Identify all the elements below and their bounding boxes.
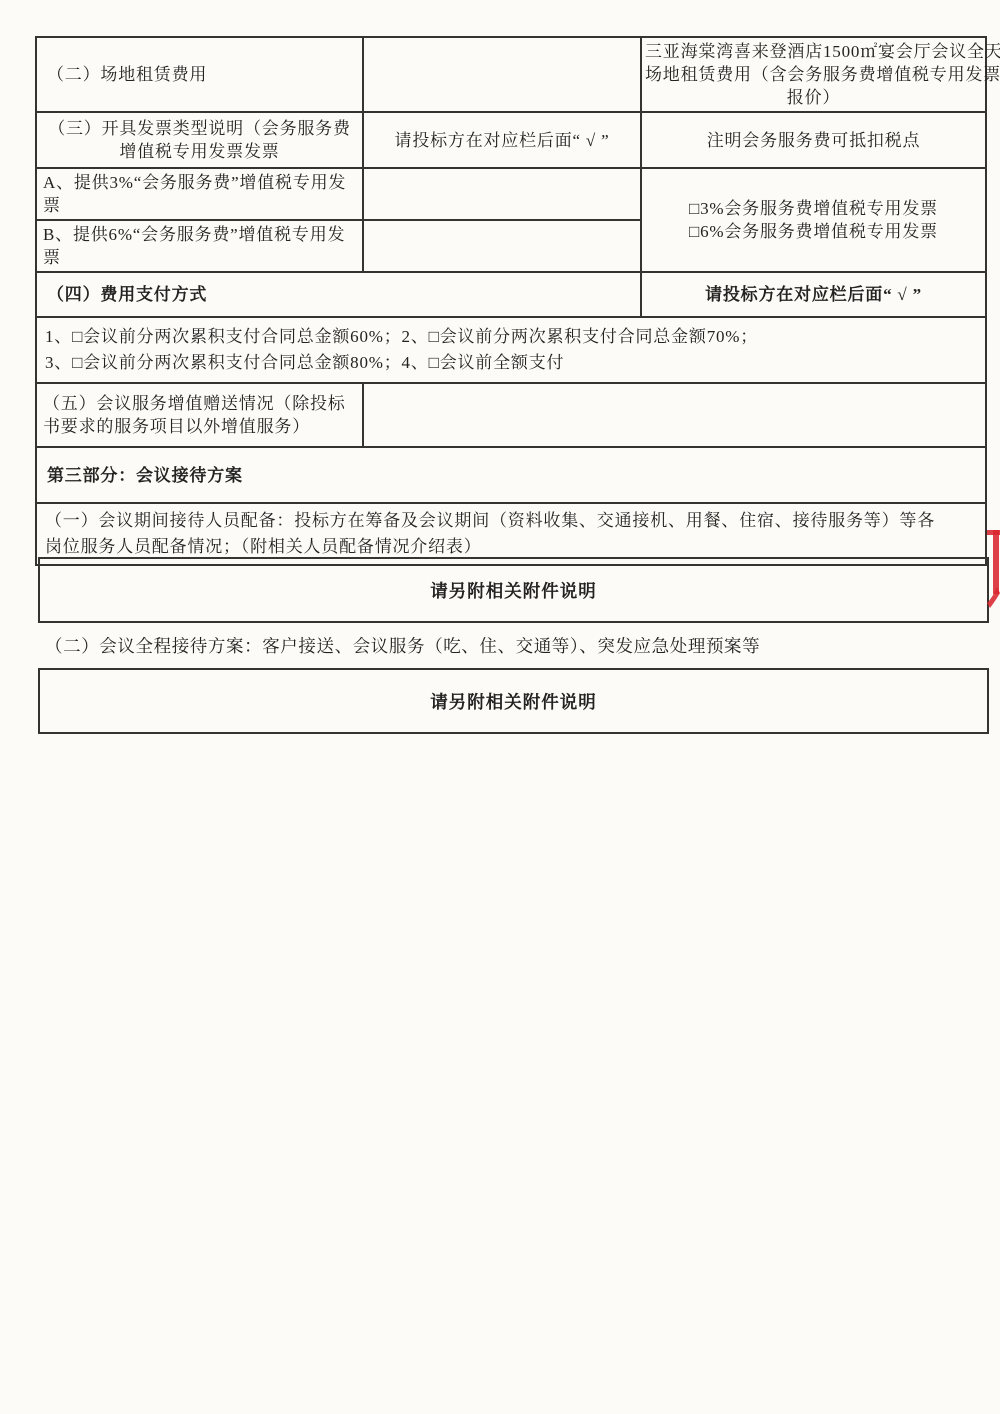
invoice-type-label-line1: （三）开具发票类型说明（会务服务费 xyxy=(43,117,356,140)
payment-options-line1[interactable]: 1、□会议前分两次累积支付合同总金额60%；2、□会议前分两次累积支付合同总金额… xyxy=(45,324,979,350)
bid-pricing-table: （二）场地租赁费用 三亚海棠湾喜来登酒店1500㎡宴会厅会议全天 场地租赁费用（… xyxy=(35,36,987,566)
invoice-option-a-tick-cell[interactable] xyxy=(363,168,641,220)
row-payment-options: 1、□会议前分两次累积支付合同总金额60%；2、□会议前分两次累积支付合同总金额… xyxy=(36,317,986,383)
bonus-service-label-line1: （五）会议服务增值赠送情况（除投标 xyxy=(43,392,356,415)
attachment-note-1-text: 请另附相关附件说明 xyxy=(430,578,597,603)
invoice-type-tick-hint: 请投标方在对应栏后面“ √ ” xyxy=(363,112,641,168)
invoice-type-label: （三）开具发票类型说明（会务服务费 增值税专用发票发票 xyxy=(36,112,363,168)
invoice-type-note: 注明会务服务费可抵扣税点 xyxy=(641,112,986,168)
invoice-checkbox-6pct[interactable]: □6%会务服务费增值税专用发票 xyxy=(648,220,979,243)
row-section3-title: 第三部分：会议接待方案 xyxy=(36,447,986,503)
invoice-type-label-line2: 增值税专用发票发票 xyxy=(43,140,356,163)
row-bonus-service: （五）会议服务增值赠送情况（除投标 书要求的服务项目以外增值服务） xyxy=(36,383,986,447)
invoice-checkbox-3pct[interactable]: □3%会务服务费增值税专用发票 xyxy=(648,197,979,220)
invoice-option-b-tick-cell[interactable] xyxy=(363,220,641,272)
reception-plan-line: （二）会议全程接待方案：客户接送、会议服务（吃、住、交通等）、突发应急处理预案等 xyxy=(45,634,975,658)
invoice-option-b-label: B、提供6%“会务服务费”增值税专用发票 xyxy=(36,220,363,272)
venue-fee-description: 三亚海棠湾喜来登酒店1500㎡宴会厅会议全天 场地租赁费用（含会务服务费增值税专… xyxy=(641,37,986,112)
invoice-option-a-label: A、提供3%“会务服务费”增值税专用发票 xyxy=(36,168,363,220)
venue-fee-desc-line2: 场地租赁费用（含会务服务费增值税专用发票 xyxy=(645,63,982,86)
payment-options-cell: 1、□会议前分两次累积支付合同总金额60%；2、□会议前分两次累积支付合同总金额… xyxy=(36,317,986,383)
scanned-bid-document-page: （二）场地租赁费用 三亚海棠湾喜来登酒店1500㎡宴会厅会议全天 场地租赁费用（… xyxy=(0,0,1000,1414)
venue-fee-label: （二）场地租赁费用 xyxy=(36,37,363,112)
attachment-note-2-text: 请另附相关附件说明 xyxy=(430,689,597,714)
reception-staffing-line1: （一）会议期间接待人员配备：投标方在筹备及会议期间（资料收集、交通接机、用餐、住… xyxy=(45,508,979,534)
row-venue-fee: （二）场地租赁费用 三亚海棠湾喜来登酒店1500㎡宴会厅会议全天 场地租赁费用（… xyxy=(36,37,986,112)
venue-fee-desc-line3: 报价） xyxy=(645,86,982,109)
row-invoice-type: （三）开具发票类型说明（会务服务费 增值税专用发票发票 请投标方在对应栏后面“ … xyxy=(36,112,986,168)
bonus-service-label-line2: 书要求的服务项目以外增值服务） xyxy=(43,415,356,438)
row-payment-method: （四）费用支付方式 请投标方在对应栏后面“ √ ” xyxy=(36,272,986,317)
invoice-checkbox-cell: □3%会务服务费增值税专用发票 □6%会务服务费增值税专用发票 xyxy=(641,168,986,272)
bonus-service-label: （五）会议服务增值赠送情况（除投标 书要求的服务项目以外增值服务） xyxy=(36,383,363,447)
payment-options-line2[interactable]: 3、□会议前分两次累积支付合同总金额80%；4、□会议前全额支付 xyxy=(45,350,979,376)
red-stamp-fragment xyxy=(987,527,1000,609)
payment-tick-hint: 请投标方在对应栏后面“ √ ” xyxy=(641,272,986,317)
section3-title: 第三部分：会议接待方案 xyxy=(36,447,986,503)
row-invoice-option-a: A、提供3%“会务服务费”增值税专用发票 □3%会务服务费增值税专用发票 □6%… xyxy=(36,168,986,220)
venue-fee-desc-line1: 三亚海棠湾喜来登酒店1500㎡宴会厅会议全天 xyxy=(645,40,982,63)
payment-method-label: （四）费用支付方式 xyxy=(36,272,641,317)
attachment-note-box-1: 请另附相关附件说明 xyxy=(38,557,989,623)
bonus-service-blank-cell xyxy=(363,383,986,447)
venue-fee-blank-cell xyxy=(363,37,641,112)
red-stamp-stroke-icon xyxy=(987,527,1000,609)
reception-staffing-cell: （一）会议期间接待人员配备：投标方在筹备及会议期间（资料收集、交通接机、用餐、住… xyxy=(36,503,986,565)
row-reception-staffing: （一）会议期间接待人员配备：投标方在筹备及会议期间（资料收集、交通接机、用餐、住… xyxy=(36,503,986,565)
attachment-note-box-2: 请另附相关附件说明 xyxy=(38,668,989,734)
